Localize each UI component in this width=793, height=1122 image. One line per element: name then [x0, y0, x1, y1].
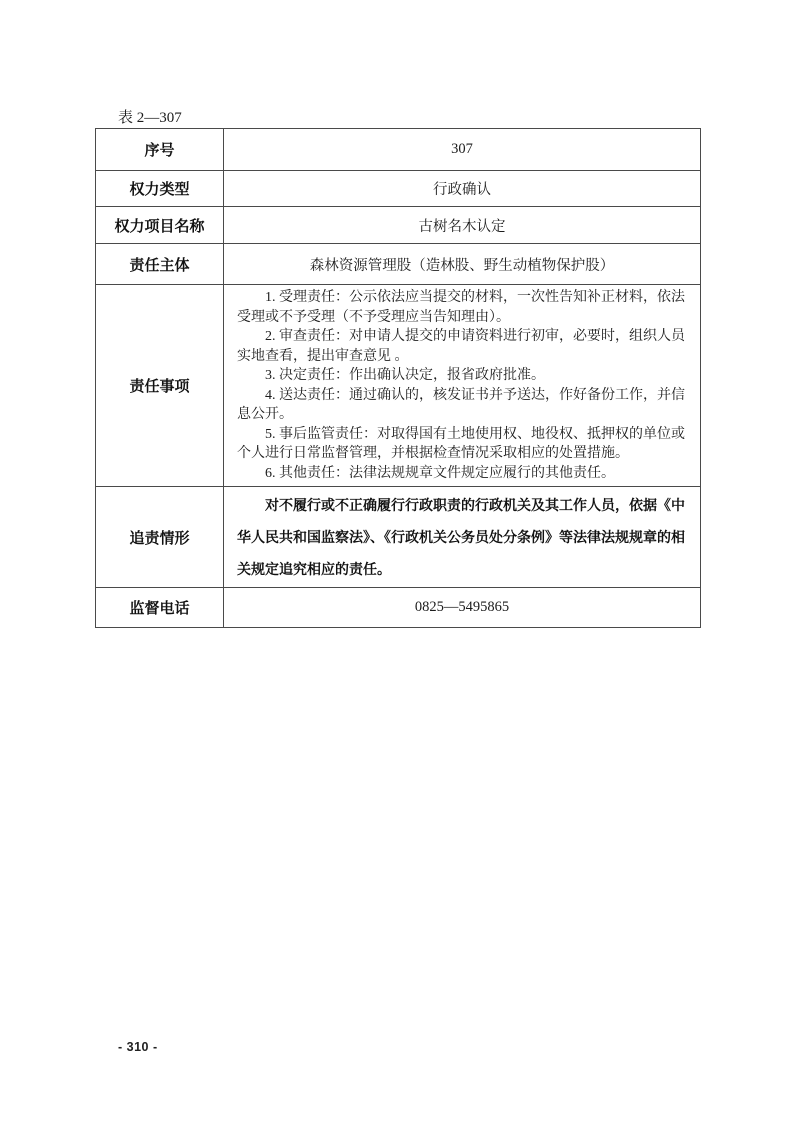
power-project-name-label: 权力项目名称	[96, 207, 224, 244]
row-power-project-name: 权力项目名称 古树名木认定	[96, 207, 701, 244]
document-page: 表 2—307 序号 307 权力类型 行政确认 权力项目名称 古树名木认定 责…	[0, 0, 793, 1122]
duty-item-5: 5. 事后监管责任：对取得国有土地使用权、地役权、抵押权的单位或个人进行日常监督…	[237, 425, 692, 464]
accountability-content: 对不履行或不正确履行行政职责的行政机关及其工作人员，依据《中华人民共和国监察法》…	[224, 487, 701, 588]
duty-items-content: 1. 受理责任：公示依法应当提交的材料，一次性告知补正材料，依法受理或不予受理（…	[224, 285, 701, 487]
power-responsibility-table: 序号 307 权力类型 行政确认 权力项目名称 古树名木认定 责任主体 森林资源…	[95, 128, 701, 628]
table-caption: 表 2—307	[118, 106, 182, 127]
power-type-value: 行政确认	[224, 171, 701, 207]
duty-items-label: 责任事项	[96, 285, 224, 487]
row-responsible-subject: 责任主体 森林资源管理股（造林股、野生动植物保护股）	[96, 244, 701, 285]
row-supervision-phone: 监督电话 0825—5495865	[96, 588, 701, 628]
supervision-phone-label: 监督电话	[96, 588, 224, 628]
supervision-phone-value: 0825—5495865	[224, 588, 701, 628]
row-duty-items: 责任事项 1. 受理责任：公示依法应当提交的材料，一次性告知补正材料，依法受理或…	[96, 285, 701, 487]
duty-item-6: 6. 其他责任：法律法规规章文件规定应履行的其他责任。	[237, 464, 692, 484]
accountability-label: 追责情形	[96, 487, 224, 588]
duty-item-3: 3. 决定责任：作出确认决定，报省政府批准。	[237, 366, 692, 386]
serial-number-label: 序号	[96, 129, 224, 171]
responsible-subject-label: 责任主体	[96, 244, 224, 285]
power-type-label: 权力类型	[96, 171, 224, 207]
accountability-text: 对不履行或不正确履行行政职责的行政机关及其工作人员，依据《中华人民共和国监察法》…	[237, 489, 690, 585]
serial-number-value: 307	[224, 129, 701, 171]
page-number: - 310 -	[118, 1040, 158, 1054]
power-project-name-value: 古树名木认定	[224, 207, 701, 244]
row-accountability-situations: 追责情形 对不履行或不正确履行行政职责的行政机关及其工作人员，依据《中华人民共和…	[96, 487, 701, 588]
responsible-subject-value: 森林资源管理股（造林股、野生动植物保护股）	[224, 244, 701, 285]
duty-item-1: 1. 受理责任：公示依法应当提交的材料，一次性告知补正材料，依法受理或不予受理（…	[237, 288, 692, 327]
row-power-type: 权力类型 行政确认	[96, 171, 701, 207]
row-serial-number: 序号 307	[96, 129, 701, 171]
duty-item-4: 4. 送达责任：通过确认的，核发证书并予送达，作好备份工作，并信息公开。	[237, 386, 692, 425]
duty-item-2: 2. 审查责任：对申请人提交的申请资料进行初审，必要时，组织人员实地查看，提出审…	[237, 327, 692, 366]
